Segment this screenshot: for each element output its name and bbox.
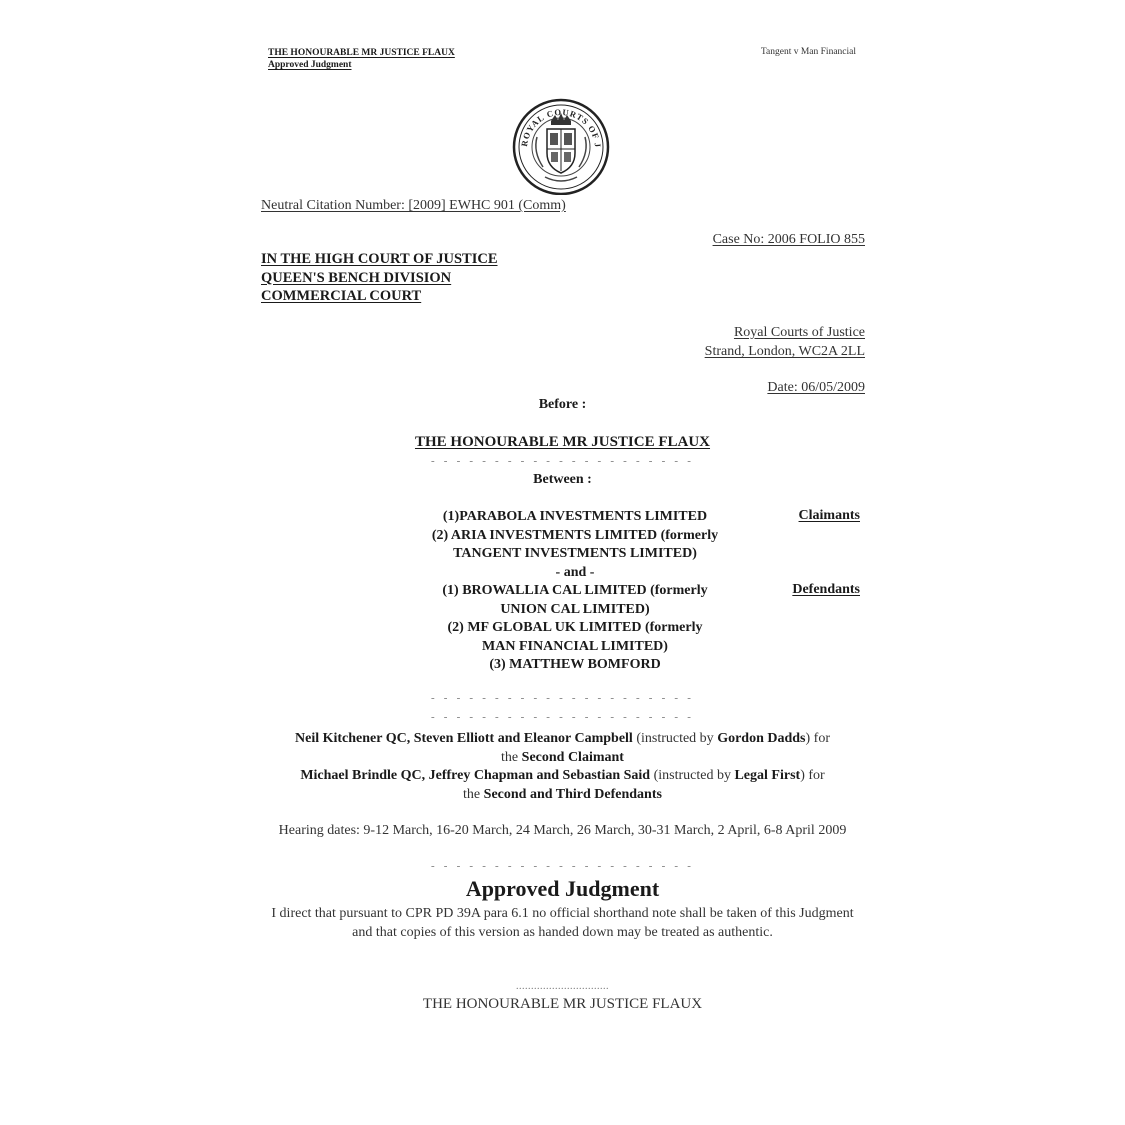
- claimant-counsel: Neil Kitchener QC, Steven Elliott and El…: [260, 730, 865, 749]
- defendant-line: MAN FINANCIAL LIMITED): [400, 638, 750, 657]
- claimant-line: (2) ARIA INVESTMENTS LIMITED (formerly: [400, 527, 750, 546]
- approved-judgment-title: Approved Judgment: [260, 876, 865, 902]
- claimant-line: (1)PARABOLA INVESTMENTS LIMITED: [400, 508, 750, 527]
- defendant-counsel-party: the Second and Third Defendants: [260, 786, 865, 805]
- and-label: - and -: [400, 564, 750, 583]
- running-header-left: THE HONOURABLE MR JUSTICE FLAUX Approved…: [268, 47, 455, 71]
- defendant-line: UNION CAL LIMITED): [400, 601, 750, 620]
- separator: - - - - - - - - - - - - - - - - - - - - …: [260, 711, 865, 723]
- separator: - - - - - - - - - - - - - - - - - - - - …: [260, 860, 865, 872]
- running-subtitle: Approved Judgment: [268, 59, 455, 71]
- separator: - - - - - - - - - - - - - - - - - - - - …: [260, 455, 865, 467]
- approved-judgment-text: I direct that pursuant to CPR PD 39A par…: [260, 904, 865, 942]
- court-line: IN THE HIGH COURT OF JUSTICE: [261, 250, 498, 269]
- separator: - - - - - - - - - - - - - - - - - - - - …: [260, 692, 865, 704]
- case-number: Case No: 2006 FOLIO 855: [713, 232, 865, 248]
- royal-courts-of-justice-seal-icon: ROYAL COURTS OF JUSTICE: [511, 97, 611, 195]
- defendants-role: Defendants: [792, 582, 860, 598]
- court-block: IN THE HIGH COURT OF JUSTICE QUEEN'S BEN…: [261, 250, 498, 306]
- court-line: QUEEN'S BENCH DIVISION: [261, 269, 498, 288]
- judgment-date: Date: 06/05/2009: [767, 380, 865, 396]
- neutral-citation: Neutral Citation Number: [2009] EWHC 901…: [261, 198, 566, 214]
- defendant-counsel: Michael Brindle QC, Jeffrey Chapman and …: [260, 767, 865, 786]
- defendant-line: (1) BROWALLIA CAL LIMITED (formerly: [400, 582, 750, 601]
- parties-block: (1)PARABOLA INVESTMENTS LIMITED (2) ARIA…: [400, 508, 750, 675]
- address-line: Royal Courts of Justice: [705, 323, 865, 342]
- signature-judge-name: THE HONOURABLE MR JUSTICE FLAUX: [260, 996, 865, 1013]
- case-short-name: Tangent v Man Financial: [761, 47, 856, 57]
- counsel-block: Neil Kitchener QC, Steven Elliott and El…: [260, 730, 865, 804]
- running-title: THE HONOURABLE MR JUSTICE FLAUX: [268, 47, 455, 59]
- claimant-line: TANGENT INVESTMENTS LIMITED): [400, 545, 750, 564]
- claimant-counsel-party: the Second Claimant: [260, 749, 865, 768]
- defendant-line: (3) MATTHEW BOMFORD: [400, 656, 750, 675]
- court-line: COMMERCIAL COURT: [261, 287, 498, 306]
- signature-line: ...............................: [260, 981, 865, 992]
- defendant-line: (2) MF GLOBAL UK LIMITED (formerly: [400, 619, 750, 638]
- before-label: Before :: [260, 397, 865, 413]
- claimants-role: Claimants: [799, 508, 860, 524]
- address-line: Strand, London, WC2A 2LL: [705, 342, 865, 361]
- judge-name: THE HONOURABLE MR JUSTICE FLAUX: [260, 434, 865, 451]
- court-address: Royal Courts of Justice Strand, London, …: [705, 323, 865, 361]
- hearing-dates: Hearing dates: 9-12 March, 16-20 March, …: [260, 822, 865, 841]
- between-label: Between :: [260, 472, 865, 488]
